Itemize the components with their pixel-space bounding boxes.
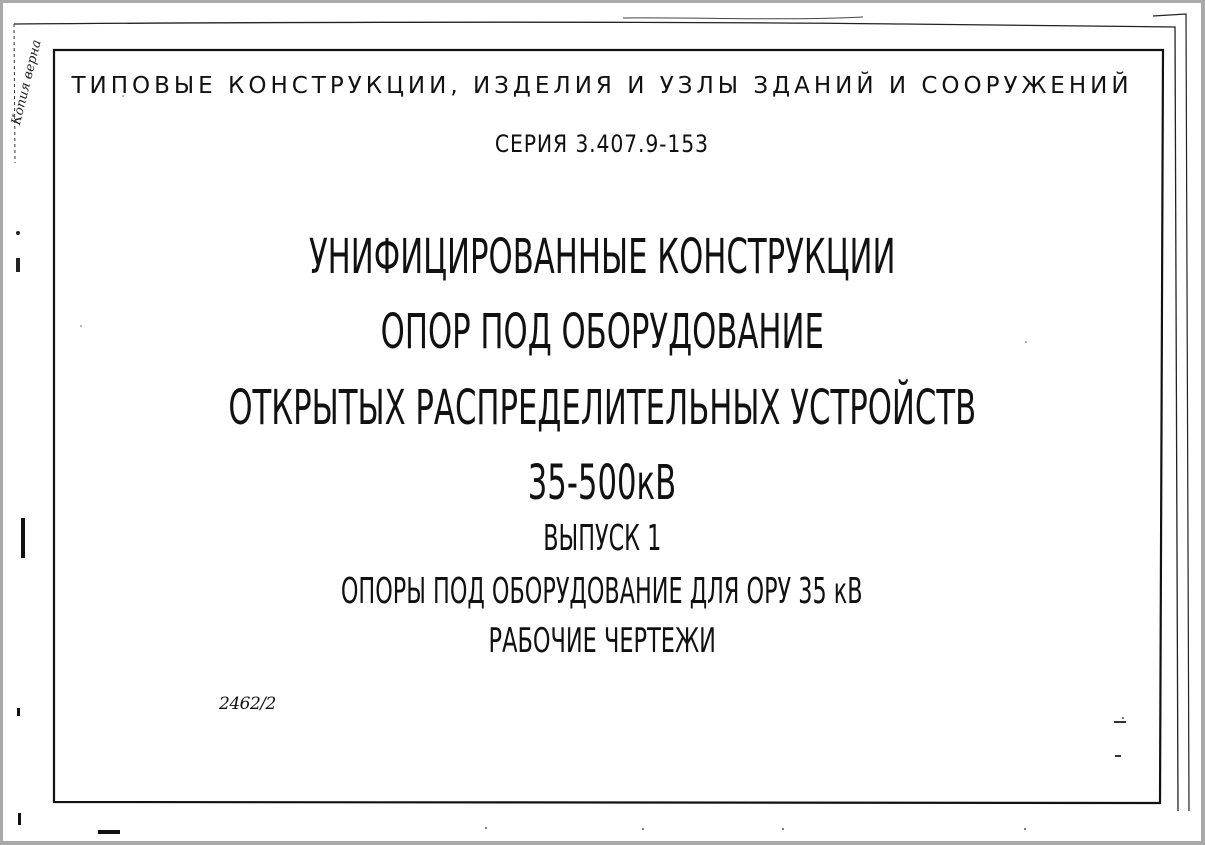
scan-mark — [98, 830, 120, 834]
archive-number: 2462/2 — [219, 694, 276, 714]
drawing-sheet: Копия верна ТИПОВЫЕ КОНСТРУКЦИИ, ИЗДЕЛИЯ… — [3, 3, 1201, 841]
drawings-label: РАБОЧИЕ ЧЕРТЕЖИ — [488, 621, 715, 661]
title-line-3: ОТКРЫТЫХ РАСПРЕДЕЛИТЕЛЬНЫХ УСТРОЙСТВ — [3, 380, 1201, 436]
title-voltage-line: 35-500кВ — [3, 455, 1201, 511]
title-text: ОПОР ПОД ОБОРУДОВАНИЕ — [380, 304, 823, 360]
title-text: УНИФИЦИРОВАННЫЕ КОНСТРУКЦИИ — [309, 229, 896, 285]
subtitle-text: ОПОРЫ ПОД ОБОРУДОВАНИЕ ДЛЯ ОРУ 35 кВ — [341, 571, 863, 612]
title-line-2: ОПОР ПОД ОБОРУДОВАНИЕ — [3, 304, 1201, 360]
issue-line: ВЫПУСК 1 — [3, 518, 1201, 559]
subtitle-line: ОПОРЫ ПОД ОБОРУДОВАНИЕ ДЛЯ ОРУ 35 кВ — [3, 571, 1201, 612]
title-line-1: УНИФИЦИРОВАННЫЕ КОНСТРУКЦИИ — [3, 229, 1201, 285]
header-line: ТИПОВЫЕ КОНСТРУКЦИИ, ИЗДЕЛИЯ И УЗЛЫ ЗДАН… — [3, 73, 1201, 99]
drawings-label-line: РАБОЧИЕ ЧЕРТЕЖИ — [3, 621, 1201, 661]
scan-artifact — [623, 17, 863, 19]
series-line: СЕРИЯ 3.407.9-153 — [3, 130, 1201, 158]
issue-number: ВЫПУСК 1 — [543, 518, 661, 559]
header-text: ТИПОВЫЕ КОНСТРУКЦИИ, ИЗДЕЛИЯ И УЗЛЫ ЗДАН… — [71, 73, 1132, 99]
voltage-range: 35-500кВ — [528, 455, 676, 511]
title-text: ОТКРЫТЫХ РАСПРЕДЕЛИТЕЛЬНЫХ УСТРОЙСТВ — [228, 380, 976, 436]
series-number: СЕРИЯ 3.407.9-153 — [495, 130, 709, 158]
